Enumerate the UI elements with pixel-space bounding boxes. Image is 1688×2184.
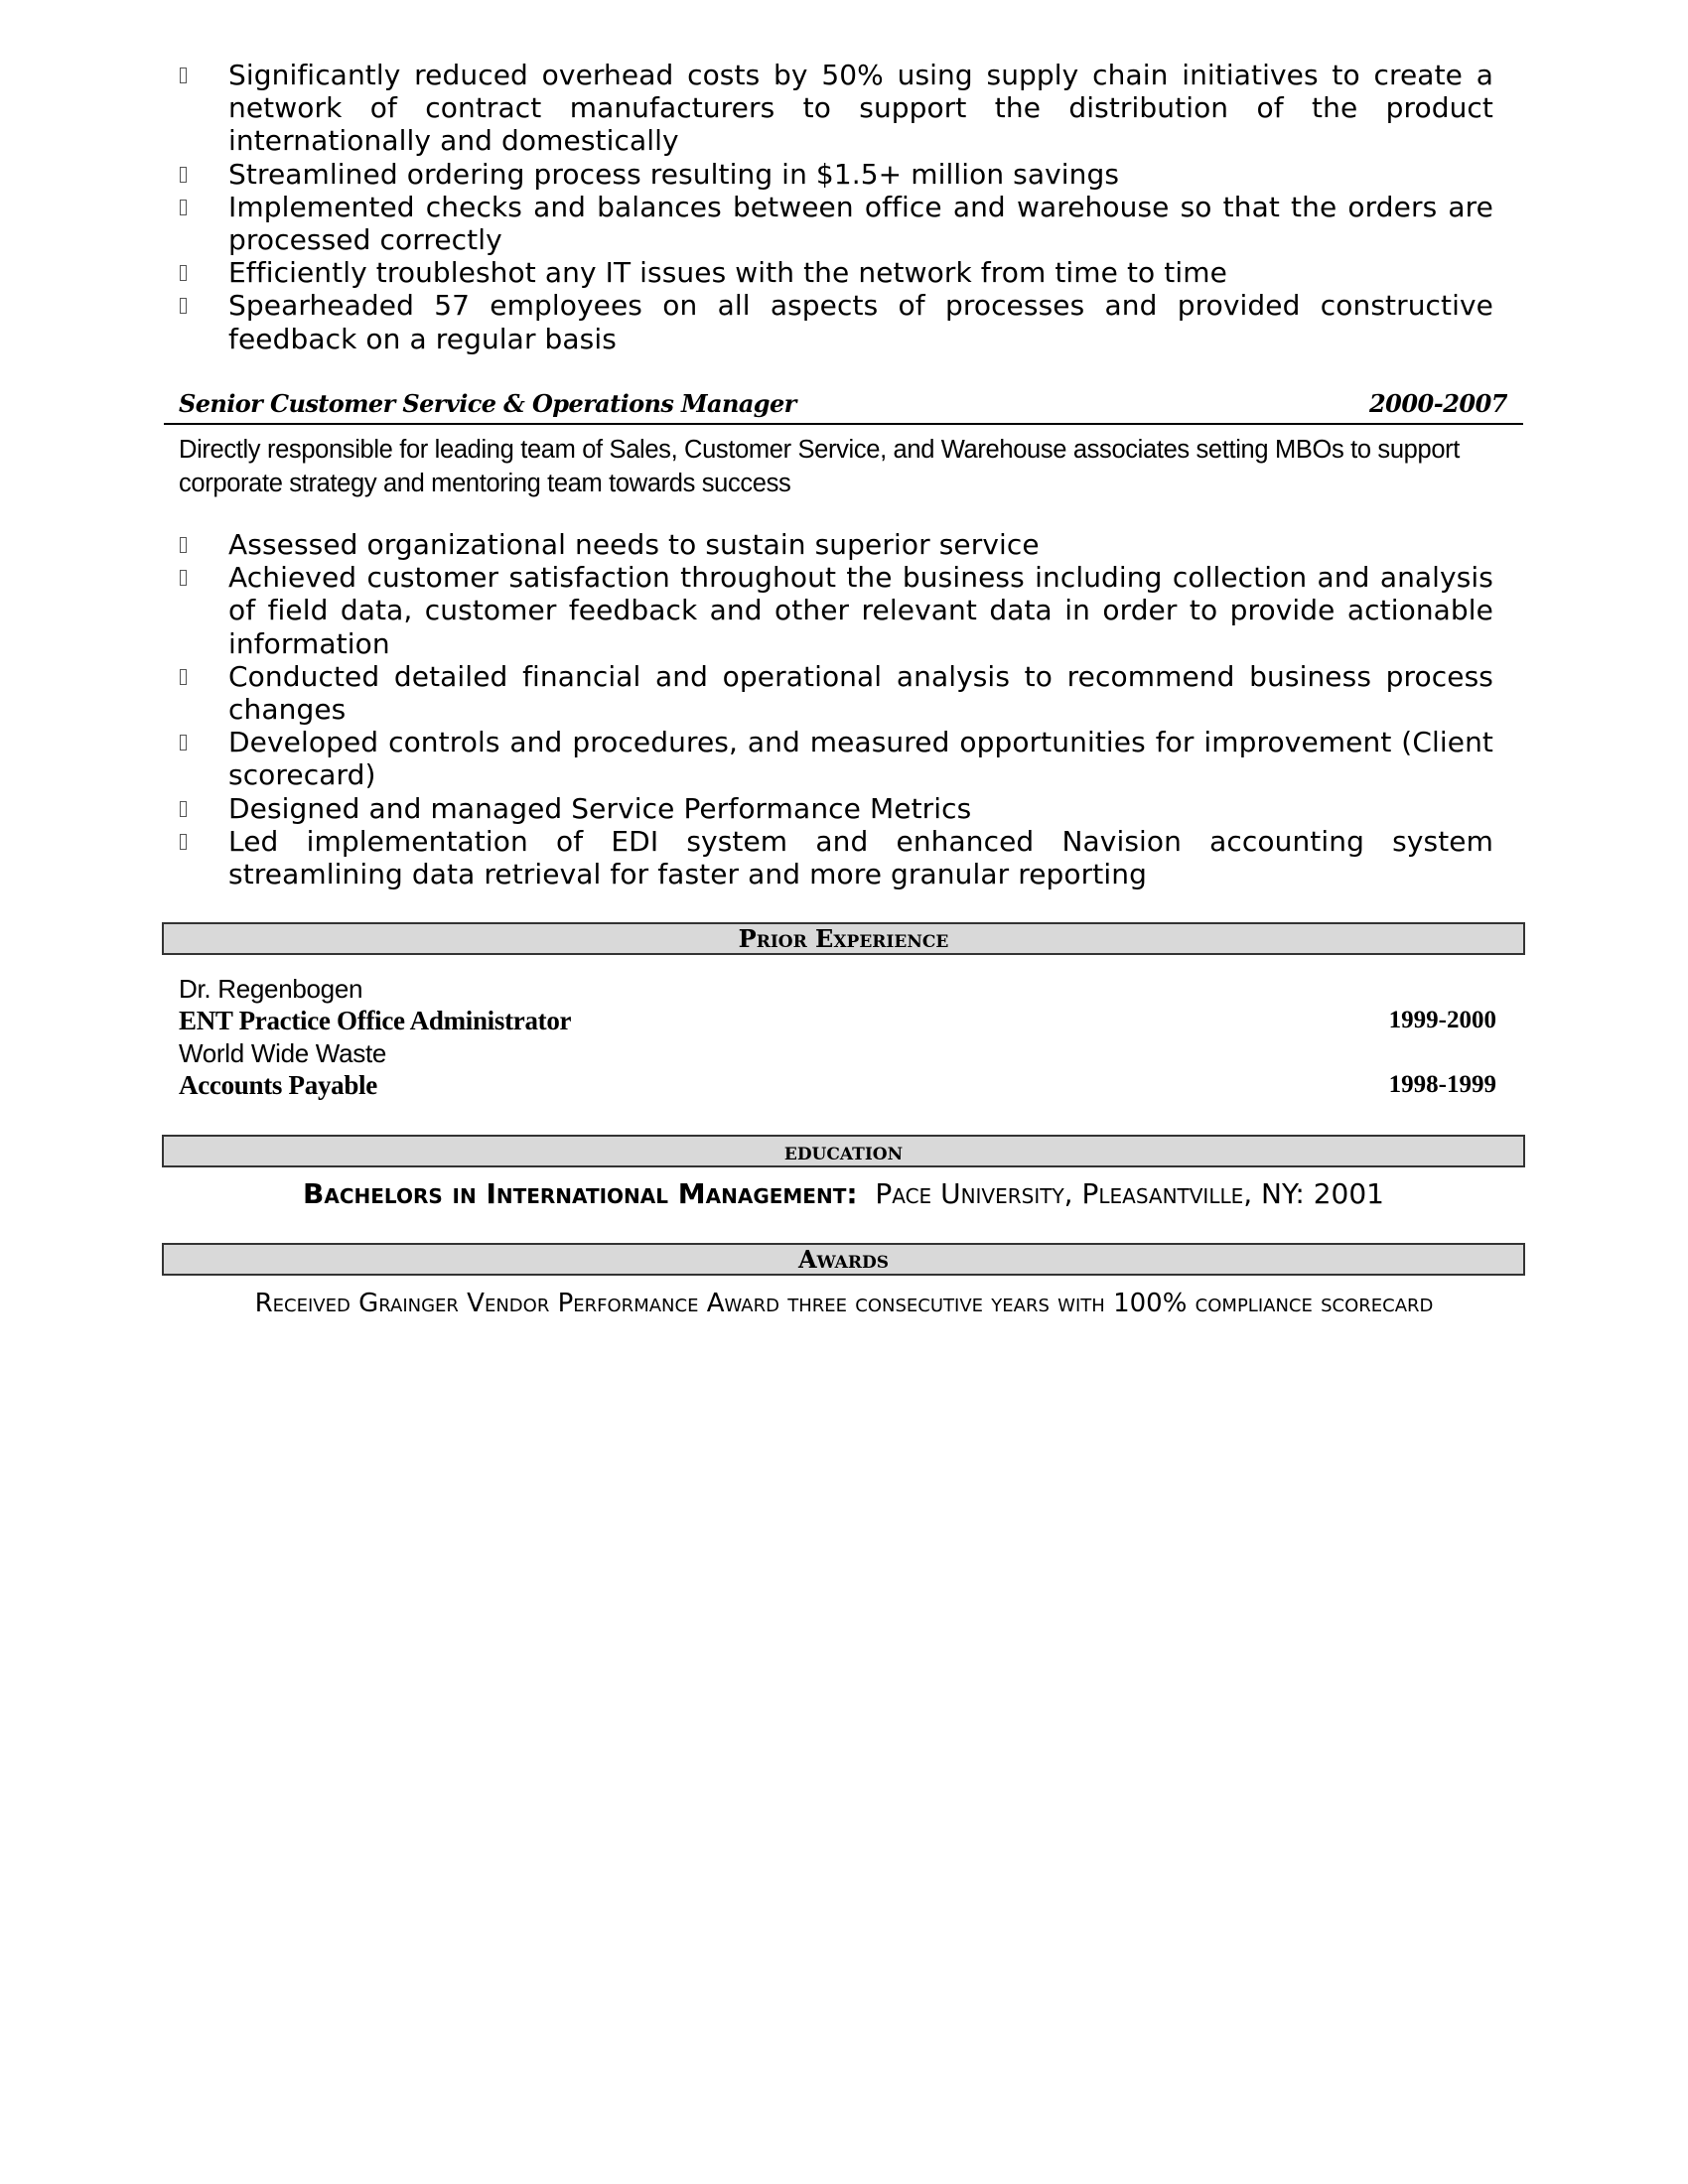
bullet-icon — [180, 570, 187, 586]
bullet-text: Spearheaded 57 employees on all aspects … — [228, 289, 1493, 354]
section-header-education: education — [162, 1135, 1525, 1167]
bullet-icon — [180, 265, 187, 281]
bullet-text: Assessed organizational needs to sustain… — [228, 528, 1040, 561]
job-dates: 2000-2007 — [1369, 389, 1507, 418]
bullet-text: Achieved customer satisfaction throughou… — [228, 561, 1493, 659]
bullet-item: Efficiently troubleshot any IT issues wi… — [179, 256, 1493, 289]
bullet-text: Implemented checks and balances between … — [228, 191, 1493, 256]
award-text: Received Grainger Vendor Performance Awa… — [189, 1288, 1499, 1320]
education-institution: Pace University, Pleasantville, NY: 2001 — [875, 1177, 1384, 1210]
prior-job-title: ENT Practice Office Administrator — [179, 1005, 571, 1036]
prior-title-row: ENT Practice Office Administrator 1999-2… — [179, 1005, 1496, 1036]
job-heading: Senior Customer Service & Operations Man… — [164, 385, 1523, 425]
bullet-text: Significantly reduced overhead costs by … — [228, 59, 1493, 157]
education-entry: Bachelors in International Management: P… — [162, 1177, 1525, 1211]
job-description: Directly responsible for leading team of… — [179, 434, 1499, 500]
bullet-icon — [180, 537, 187, 553]
bullet-item: Implemented checks and balances between … — [179, 191, 1493, 256]
prior-organization: World Wide Waste — [179, 1038, 386, 1068]
bullet-icon — [180, 167, 187, 183]
bullet-item: Significantly reduced overhead costs by … — [179, 59, 1493, 158]
bullet-icon — [180, 834, 187, 850]
bullet-item: Assessed organizational needs to sustain… — [179, 528, 1493, 561]
bullet-icon — [180, 200, 187, 215]
bullet-item: Developed controls and procedures, and m… — [179, 726, 1493, 791]
job-title: Senior Customer Service & Operations Man… — [179, 389, 796, 418]
bullet-item: Led implementation of EDI system and enh… — [179, 825, 1493, 890]
bullet-icon — [180, 669, 187, 685]
bullet-text: Conducted detailed financial and operati… — [228, 660, 1493, 726]
bullet-text: Designed and managed Service Performance… — [228, 792, 971, 825]
bullet-icon — [180, 735, 187, 751]
bullet-item: Designed and managed Service Performance… — [179, 792, 1493, 825]
job-bullet-list: Assessed organizational needs to sustain… — [179, 528, 1493, 890]
bullet-item: Achieved customer satisfaction throughou… — [179, 561, 1493, 660]
prior-org-row: Dr. Regenbogen — [179, 973, 1496, 1005]
bullet-item: Spearheaded 57 employees on all aspects … — [179, 289, 1493, 354]
prior-organization: Dr. Regenbogen — [179, 974, 362, 1004]
section-header-awards: Awards — [162, 1243, 1525, 1276]
bullet-icon — [180, 68, 187, 83]
bullet-item: Streamlined ordering process resulting i… — [179, 158, 1493, 191]
prior-job-title: Accounts Payable — [179, 1069, 377, 1101]
bullet-text: Led implementation of EDI system and enh… — [228, 825, 1493, 890]
resume-page: Significantly reduced overhead costs by … — [0, 0, 1688, 2184]
bullet-item: Conducted detailed financial and operati… — [179, 660, 1493, 726]
previous-role-bullet-list: Significantly reduced overhead costs by … — [179, 59, 1493, 355]
bullet-text: Efficiently troubleshot any IT issues wi… — [228, 256, 1227, 289]
prior-title-row: Accounts Payable 1998-1999 — [179, 1069, 1496, 1101]
bullet-text: Streamlined ordering process resulting i… — [228, 158, 1119, 191]
bullet-icon — [180, 801, 187, 817]
education-degree: Bachelors in International Management: — [303, 1177, 858, 1210]
prior-org-row: World Wide Waste — [179, 1037, 1496, 1069]
bullet-icon — [180, 298, 187, 314]
bullet-text: Developed controls and procedures, and m… — [228, 726, 1493, 791]
prior-job-dates: 1998-1999 — [1389, 1069, 1496, 1101]
section-header-prior-experience: Prior Experience — [162, 922, 1525, 955]
prior-job-dates: 1999-2000 — [1389, 1005, 1496, 1036]
